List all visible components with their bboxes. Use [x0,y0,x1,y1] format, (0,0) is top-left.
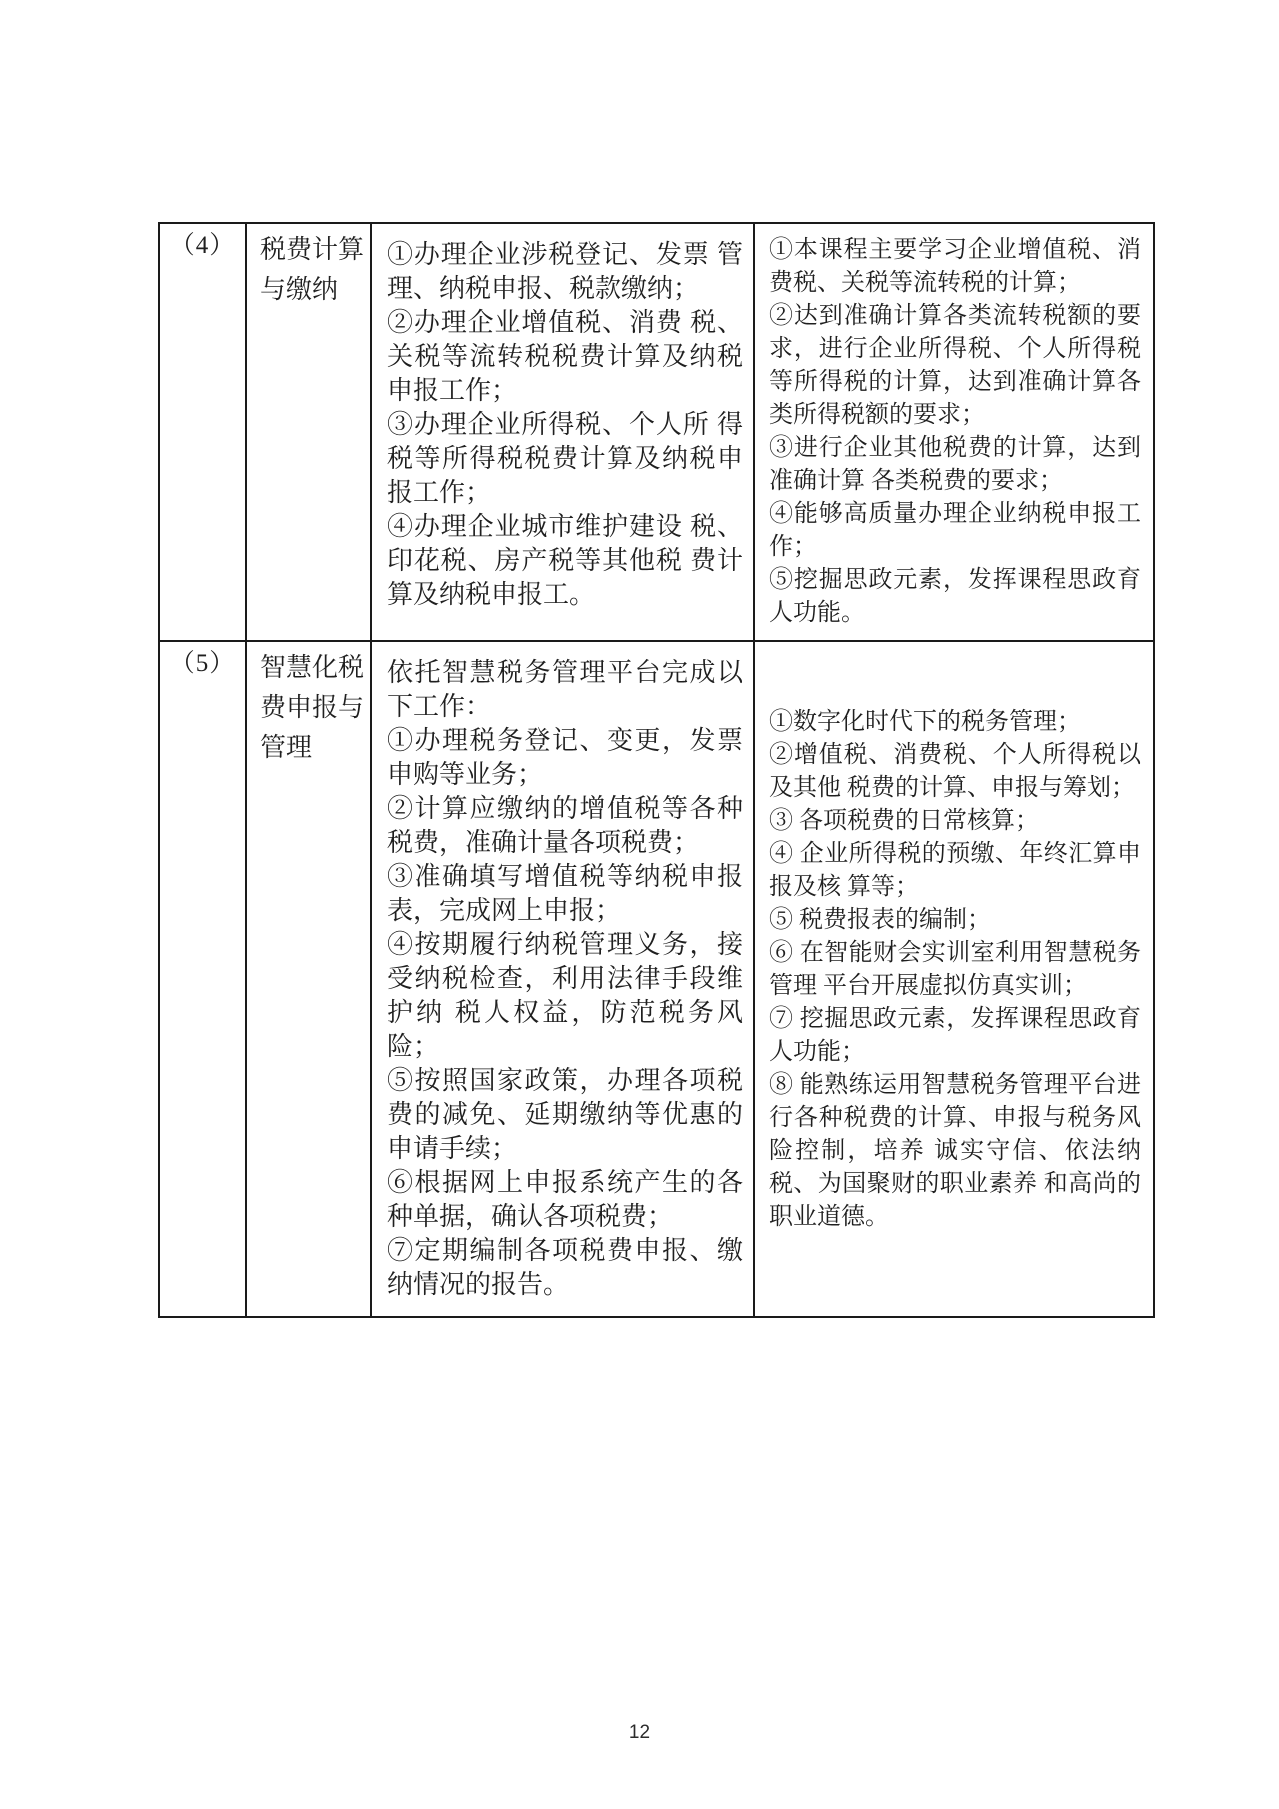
course-table-body: （4） 税费计算 与缴纳 ①办理企业涉税登记、发票 管理、纳税申报、税款缴纳； … [159,223,1154,1317]
row-index-cell: （4） [159,223,246,641]
row-index-cell: （5） [159,641,246,1317]
document-page: （4） 税费计算 与缴纳 ①办理企业涉税登记、发票 管理、纳税申报、税款缴纳； … [0,0,1279,1809]
table-row: （4） 税费计算 与缴纳 ①办理企业涉税登记、发票 管理、纳税申报、税款缴纳； … [159,223,1154,641]
module-title-cell: 税费计算 与缴纳 [246,223,371,641]
work-tasks-cell: ①办理企业涉税登记、发票 管理、纳税申报、税款缴纳； ②办理企业增值税、消费 税… [371,223,754,641]
table-row: （5） 智慧化税 费申报与 管理 依托智慧税务管理平台完成以下工作： ①办理税务… [159,641,1154,1317]
module-title-cell: 智慧化税 费申报与 管理 [246,641,371,1317]
course-requirements-cell: ①数字化时代下的税务管理； ②增值税、消费税、个人所得税以及其他 税费的计算、申… [754,641,1154,1317]
course-table: （4） 税费计算 与缴纳 ①办理企业涉税登记、发票 管理、纳税申报、税款缴纳； … [158,222,1155,1318]
work-tasks-cell: 依托智慧税务管理平台完成以下工作： ①办理税务登记、变更，发票申购等业务； ②计… [371,641,754,1317]
page-number: 12 [0,1722,1279,1744]
course-requirements-cell: ①本课程主要学习企业增值税、消费税、关税等流转税的计算； ②达到准确计算各类流转… [754,223,1154,641]
